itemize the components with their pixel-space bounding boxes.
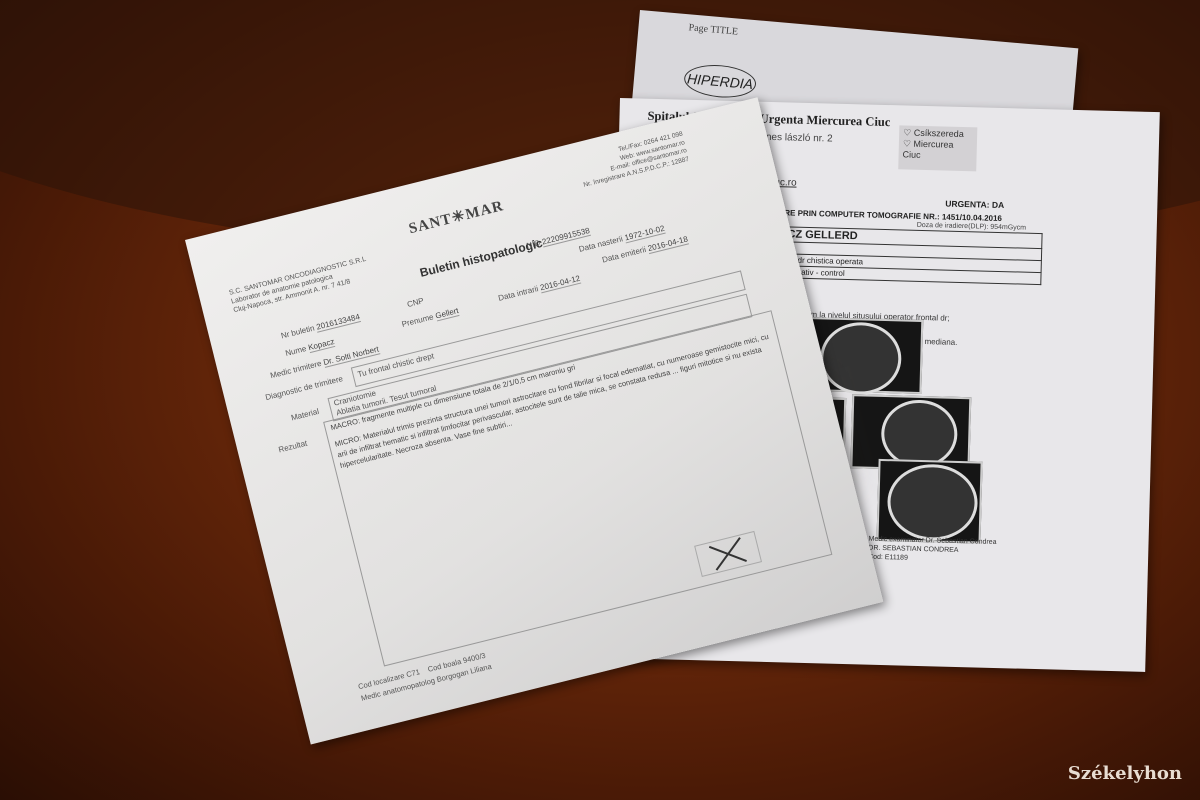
surname-field: Nume Kopacz [284,337,335,358]
material-label: Material [290,407,320,423]
watermark-logo: Székelyhon [1068,763,1182,784]
result-label: Rezultat [278,439,309,455]
cnp-field: CNP [406,296,425,309]
urgency-label: URGENTA: DA [945,199,1004,211]
firstname-field: Prenume Gellert [401,306,460,329]
santomar-logo: SANT☀MAR [407,196,506,238]
entry-date-field: Data intrarii 2016-04-12 [497,274,581,303]
contact-info: Tel./Fax: 0264 421 098Web: www.santomar.… [577,131,691,190]
company-info: S.C. SANTOMAR ONCODIAGNOSTIC S.R.LLabora… [228,255,371,315]
hospital-logo: ♡ Csíkszereda ♡ Miercurea Ciuc [898,125,977,171]
heart-icon: ♡ Miercurea Ciuc [902,138,973,161]
footer-codes: Cod localizare C71 Cod boala 9400/3 Medi… [357,649,493,705]
page-title: Page TITLE [688,22,738,37]
ct-scan-image [876,459,982,544]
hiperdia-logo: HIPERDIA [683,62,758,100]
examiner-signature: Medic examinator Dr. Sebastian Condrea D… [868,535,997,565]
bulletin-number-field: Nr buletin 2016133484 [280,312,361,340]
